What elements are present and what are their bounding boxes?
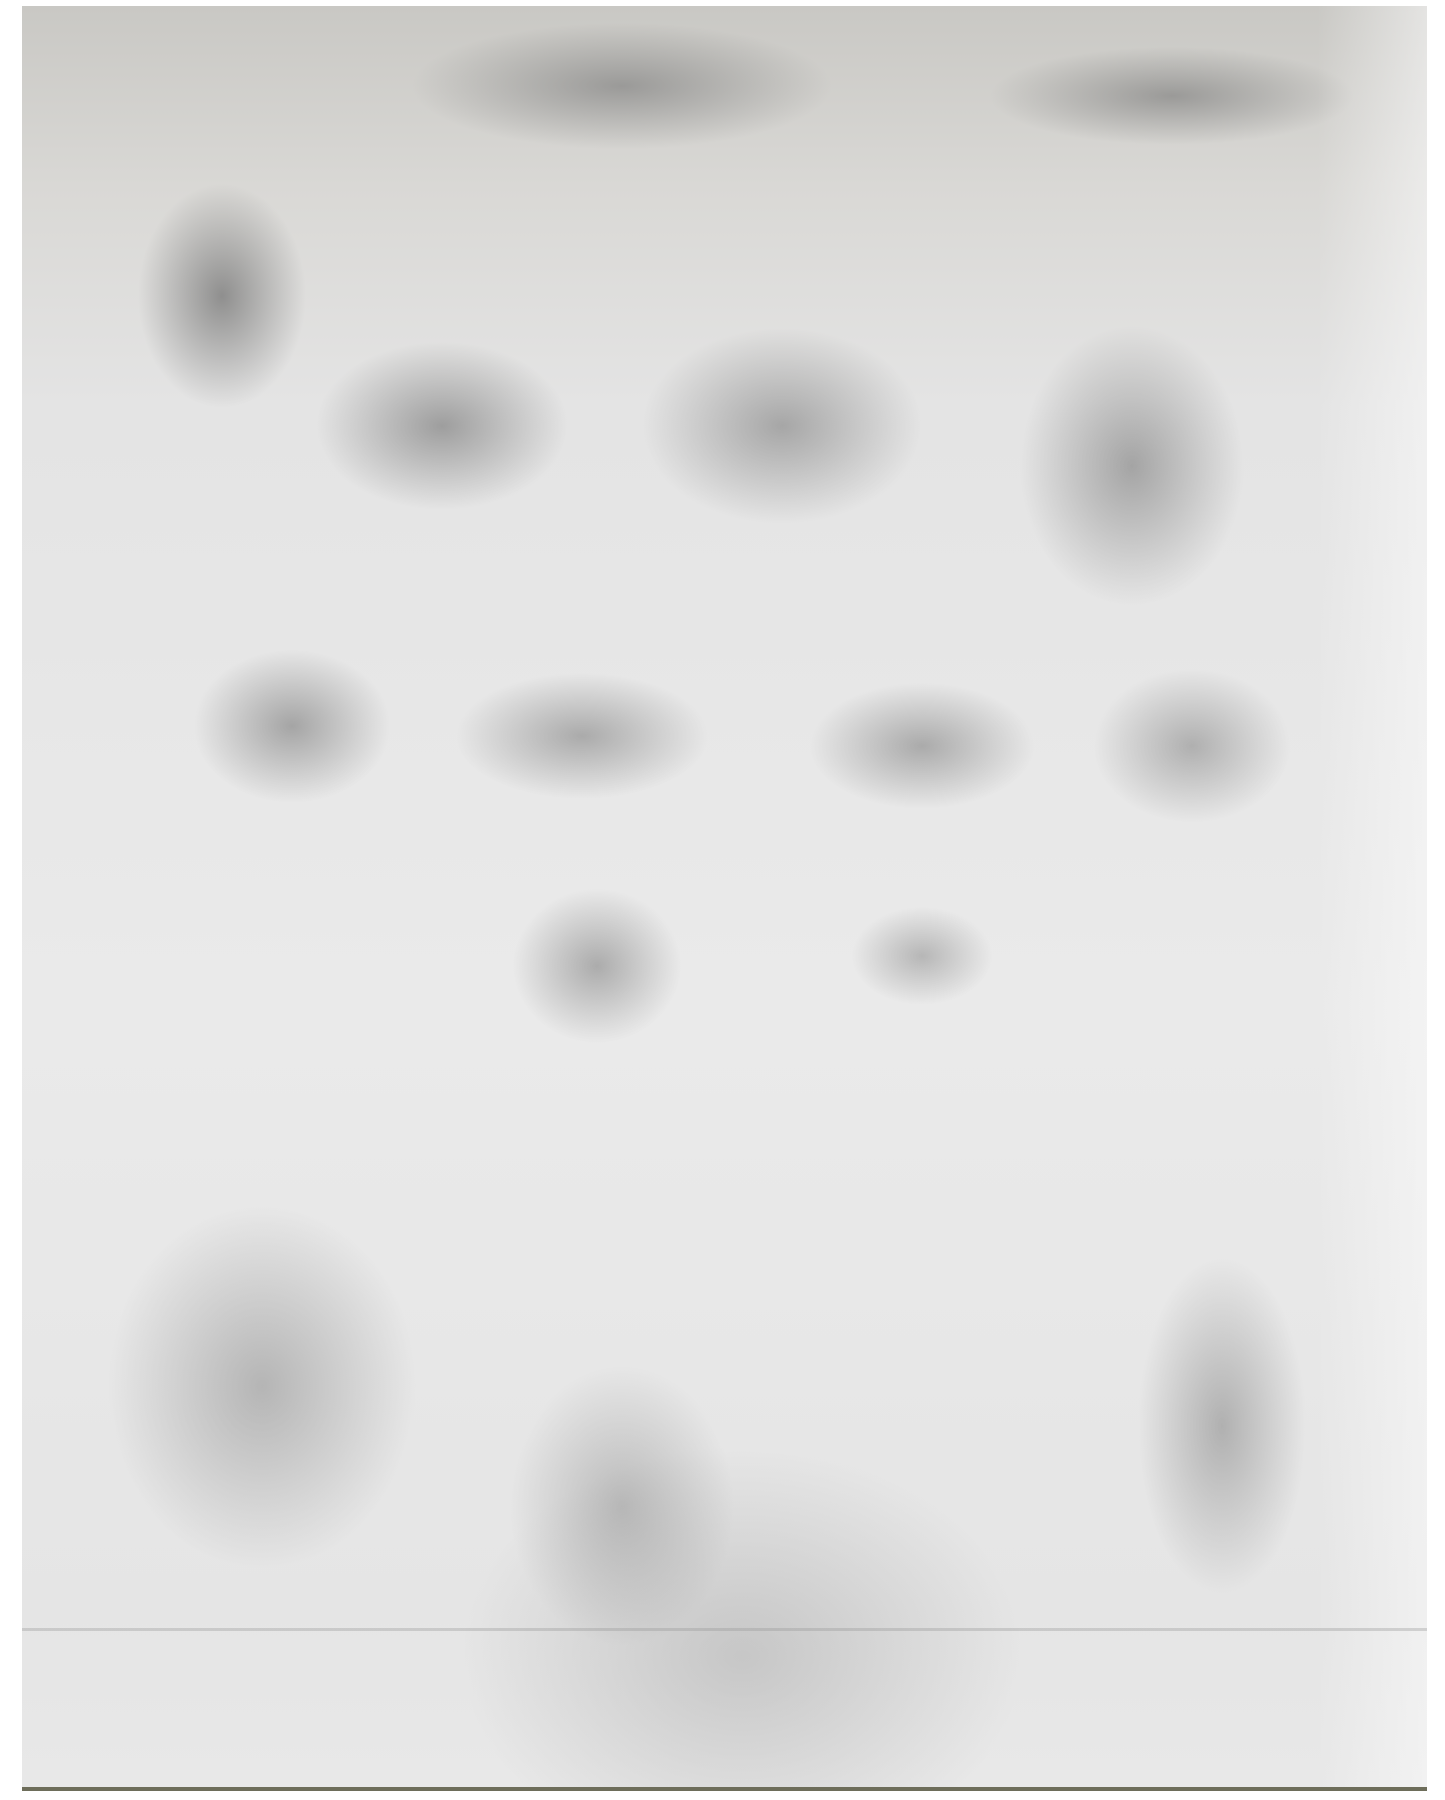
rug-bottom-fringe [22, 1787, 1427, 1791]
rug-seam-line [22, 1628, 1427, 1631]
rug-edge-highlight [1317, 6, 1427, 1791]
rug-photo [22, 6, 1427, 1791]
